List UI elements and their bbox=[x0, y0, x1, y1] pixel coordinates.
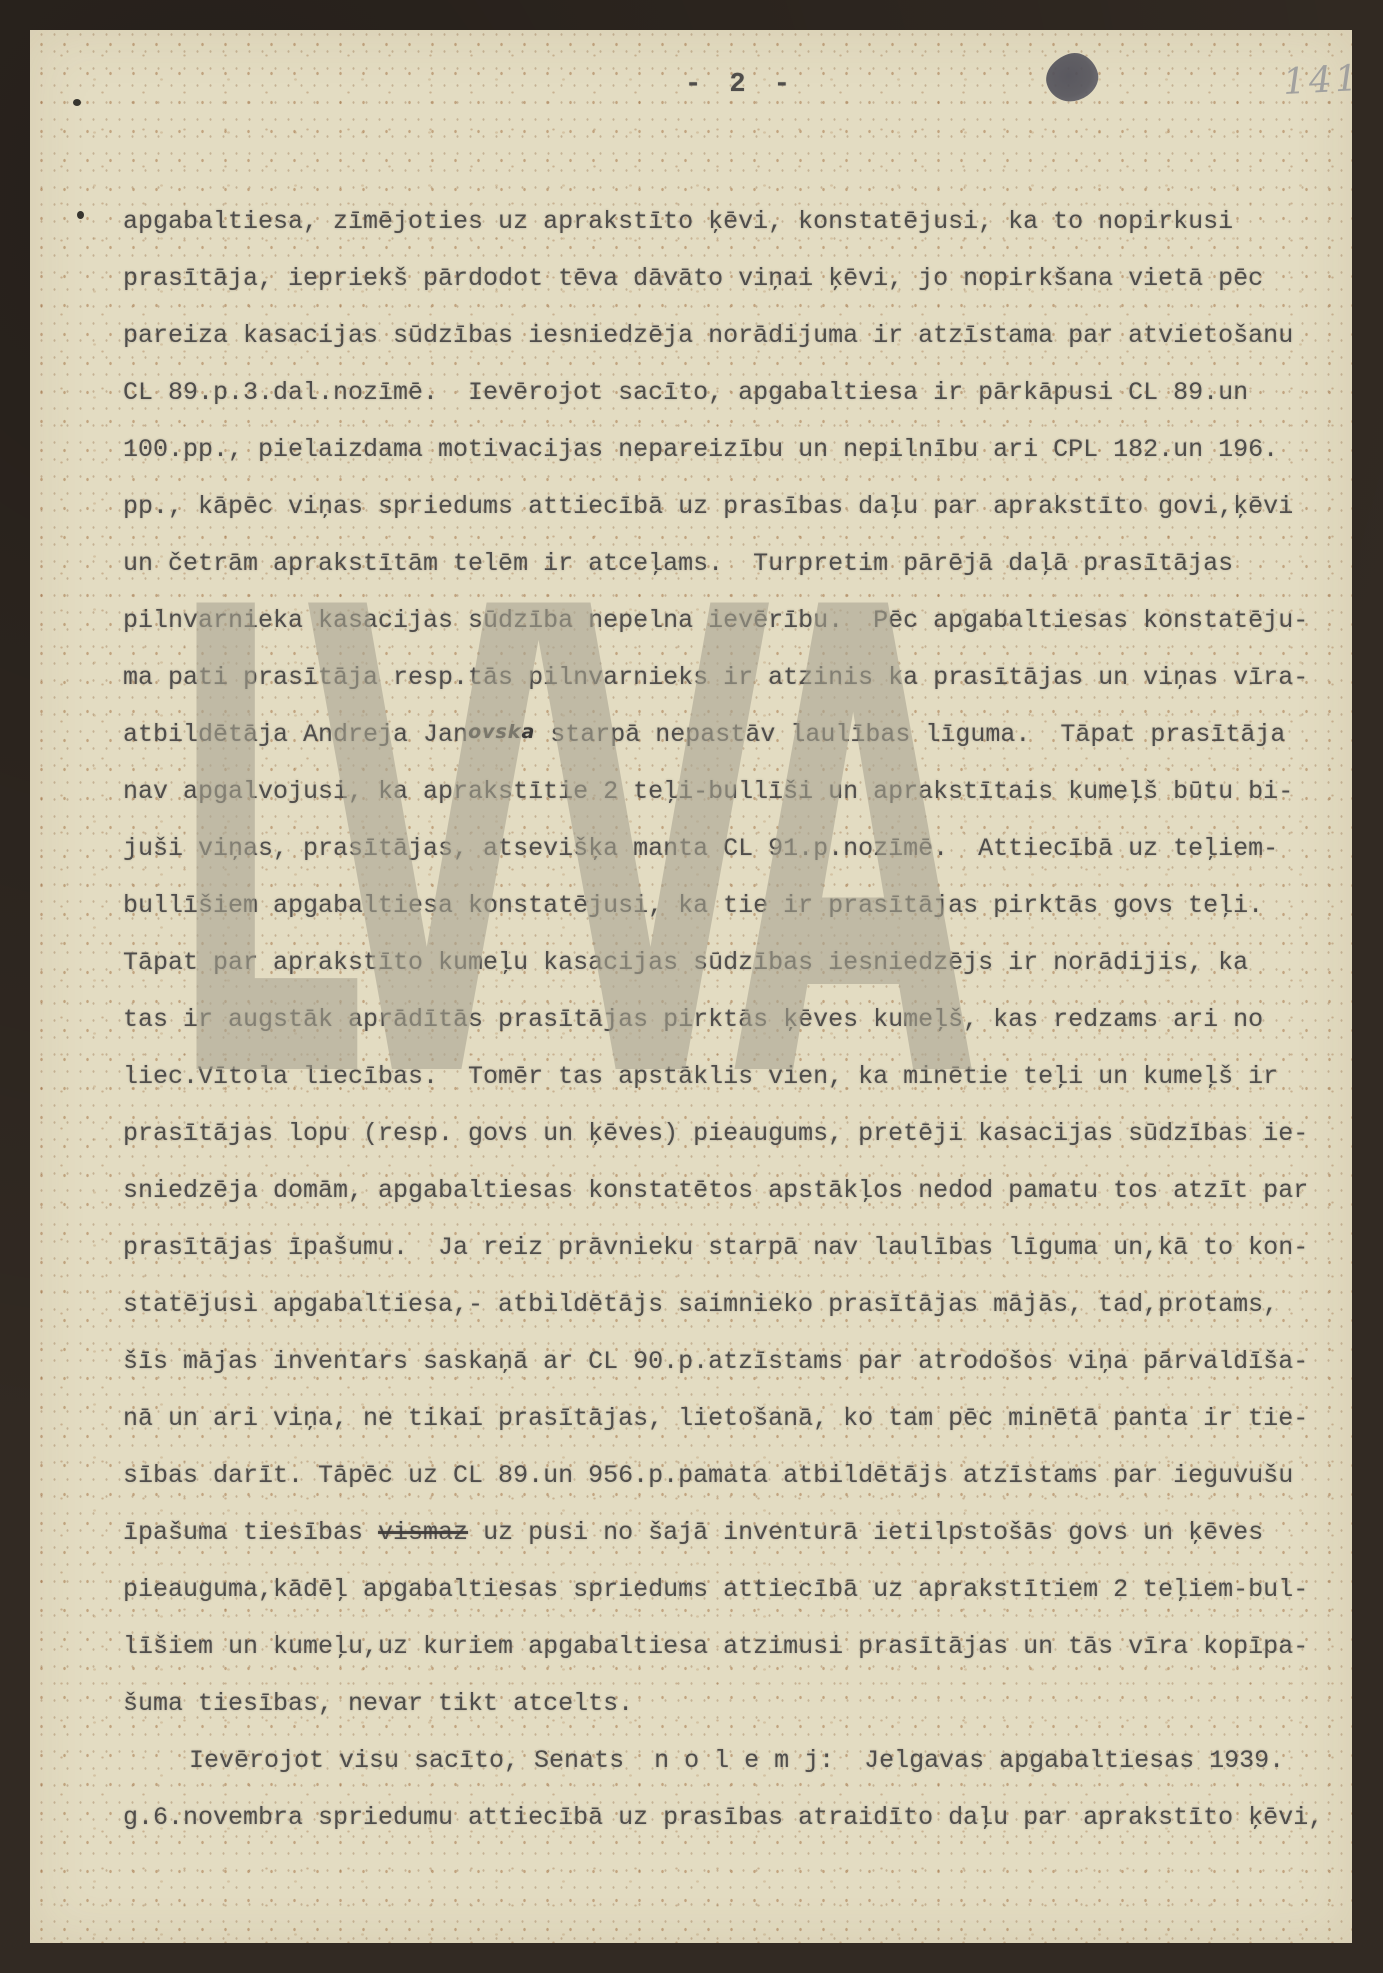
ink-blot bbox=[1040, 47, 1104, 108]
text-line: Ievērojot visu sacīto, Senats n o l e m … bbox=[123, 1732, 1345, 1789]
typed-text: g.6.novembra spriedumu attiecībā uz pras… bbox=[123, 1803, 1323, 1832]
typed-text: pareiza kasacijas sūdzības iesniedzēja n… bbox=[123, 321, 1293, 350]
typed-text: pp., kāpēc viņas spriedums attiecībā uz … bbox=[123, 492, 1293, 521]
paper-speck bbox=[77, 211, 84, 219]
typed-text: apgabaltiesa, zīmējoties uz aprakstīto ķ… bbox=[123, 207, 1233, 236]
text-line: prasītājas lopu (resp. govs un ķēves) pi… bbox=[123, 1105, 1345, 1162]
scanned-document: - 2 - 141 apgabaltiesa, zīmējoties uz ap… bbox=[0, 0, 1383, 1973]
text-line: atbildētāja Andreja Janovska starpā nepa… bbox=[123, 706, 1345, 763]
text-line: pareiza kasacijas sūdzības iesniedzēja n… bbox=[123, 307, 1345, 364]
text-line: īpašuma tiesības vismaz uz pusi no šajā … bbox=[123, 1504, 1345, 1561]
typewritten-text-block: apgabaltiesa, zīmējoties uz aprakstīto ķ… bbox=[123, 193, 1345, 1846]
typed-text: nav apgalvojusi, ka aprakstītie 2 teļi-b… bbox=[123, 777, 1293, 806]
text-line: liec.Vītola liecības. Tomēr tas apstākli… bbox=[123, 1048, 1345, 1105]
text-line: statējusi apgabaltiesa,- atbildētājs sai… bbox=[123, 1276, 1345, 1333]
typed-text: liec.Vītola liecības. Tomēr tas apstākli… bbox=[123, 1062, 1278, 1091]
handwritten-correction: ovska bbox=[468, 721, 535, 743]
typed-text: bullīšiem apgabaltiesa konstatējusi, ka … bbox=[123, 891, 1263, 920]
text-line: ma pati prasītāja resp.tās pilnvarnieks … bbox=[123, 649, 1345, 706]
typed-text: īpašuma tiesības bbox=[123, 1518, 378, 1547]
text-line: prasītāja, iepriekš pārdodot tēva dāvāto… bbox=[123, 250, 1345, 307]
text-line: juši viņas, prasītājas, atsevišķa manta … bbox=[123, 820, 1345, 877]
folio-number: 141 bbox=[1282, 58, 1362, 103]
typed-text: ma pati prasītāja resp.tās pilnvarnieks … bbox=[123, 663, 1308, 692]
text-line: apgabaltiesa, zīmējoties uz aprakstīto ķ… bbox=[123, 193, 1345, 250]
typed-text: tas ir augstāk aprādītās prasītājas pirk… bbox=[123, 1005, 1263, 1034]
typed-text: sības darīt. Tāpēc uz CL 89.un 956.p.pam… bbox=[123, 1461, 1293, 1490]
text-line: nav apgalvojusi, ka aprakstītie 2 teļi-b… bbox=[123, 763, 1345, 820]
text-line: un četrām aprakstītām telēm ir atceļams.… bbox=[123, 535, 1345, 592]
text-line: bullīšiem apgabaltiesa konstatējusi, ka … bbox=[123, 877, 1345, 934]
text-line: CL 89.p.3.dal.nozīmē. Ievērojot sacīto, … bbox=[123, 364, 1345, 421]
typed-text: prasītājas īpašumu. Ja reiz prāvnieku st… bbox=[123, 1233, 1308, 1262]
typed-text: uz pusi no šajā inventurā ietilpstošās g… bbox=[468, 1518, 1263, 1547]
typed-text: pilnvarnieka kasacijas sūdzība nepelna i… bbox=[123, 606, 1308, 635]
page-number: - 2 - bbox=[685, 70, 796, 100]
paper-speck bbox=[73, 99, 81, 106]
text-line: Tāpat par aprakstīto kumeļu kasacijas sū… bbox=[123, 934, 1345, 991]
text-line: līšiem un kumeļu,uz kuriem apgabaltiesa … bbox=[123, 1618, 1345, 1675]
text-line: pieauguma,kādēļ apgabaltiesas spriedums … bbox=[123, 1561, 1345, 1618]
typed-text: statējusi apgabaltiesa,- atbildētājs sai… bbox=[123, 1290, 1278, 1319]
text-line: prasītājas īpašumu. Ja reiz prāvnieku st… bbox=[123, 1219, 1345, 1276]
typed-text: un četrām aprakstītām telēm ir atceļams.… bbox=[123, 549, 1233, 578]
typed-text: nā un ari viņa, ne tikai prasītājas, lie… bbox=[123, 1404, 1308, 1433]
typed-text: pieauguma,kādēļ apgabaltiesas spriedums … bbox=[123, 1575, 1308, 1604]
text-line: pilnvarnieka kasacijas sūdzība nepelna i… bbox=[123, 592, 1345, 649]
typed-text: šuma tiesības, nevar tikt atcelts. bbox=[123, 1689, 633, 1718]
typed-text: prasītājas lopu (resp. govs un ķēves) pi… bbox=[123, 1119, 1308, 1148]
typed-text: prasītāja, iepriekš pārdodot tēva dāvāto… bbox=[123, 264, 1263, 293]
typed-text: Tāpat par aprakstīto kumeļu kasacijas sū… bbox=[123, 948, 1248, 977]
typed-text: Ievērojot visu sacīto, Senats n o l e m … bbox=[189, 1746, 1284, 1775]
typed-text: 100.pp., pielaizdama motivacijas neparei… bbox=[123, 435, 1278, 464]
typed-text: sniedzēja domām, apgabaltiesas konstatēt… bbox=[123, 1176, 1308, 1205]
typed-text: CL 89.p.3.dal.nozīmē. Ievērojot sacīto, … bbox=[123, 378, 1248, 407]
text-line: sības darīt. Tāpēc uz CL 89.un 956.p.pam… bbox=[123, 1447, 1345, 1504]
typed-text: līšiem un kumeļu,uz kuriem apgabaltiesa … bbox=[123, 1632, 1308, 1661]
typed-text: atbildētāja Andreja Jan bbox=[123, 720, 468, 749]
typed-text: juši viņas, prasītājas, atsevišķa manta … bbox=[123, 834, 1278, 863]
text-line: 100.pp., pielaizdama motivacijas neparei… bbox=[123, 421, 1345, 478]
text-line: šuma tiesības, nevar tikt atcelts. bbox=[123, 1675, 1345, 1732]
paper-sheet: - 2 - 141 apgabaltiesa, zīmējoties uz ap… bbox=[30, 30, 1352, 1943]
typed-text: šīs mājas inventars saskaņā ar CL 90.p.a… bbox=[123, 1347, 1308, 1376]
typed-text: starpā nepastāv laulības līguma. Tāpat p… bbox=[535, 720, 1285, 749]
struck-through-word: vismaz bbox=[378, 1518, 468, 1547]
text-line: nā un ari viņa, ne tikai prasītājas, lie… bbox=[123, 1390, 1345, 1447]
text-line: šīs mājas inventars saskaņā ar CL 90.p.a… bbox=[123, 1333, 1345, 1390]
text-line: pp., kāpēc viņas spriedums attiecībā uz … bbox=[123, 478, 1345, 535]
text-line: g.6.novembra spriedumu attiecībā uz pras… bbox=[123, 1789, 1345, 1846]
text-line: sniedzēja domām, apgabaltiesas konstatēt… bbox=[123, 1162, 1345, 1219]
text-line: tas ir augstāk aprādītās prasītājas pirk… bbox=[123, 991, 1345, 1048]
